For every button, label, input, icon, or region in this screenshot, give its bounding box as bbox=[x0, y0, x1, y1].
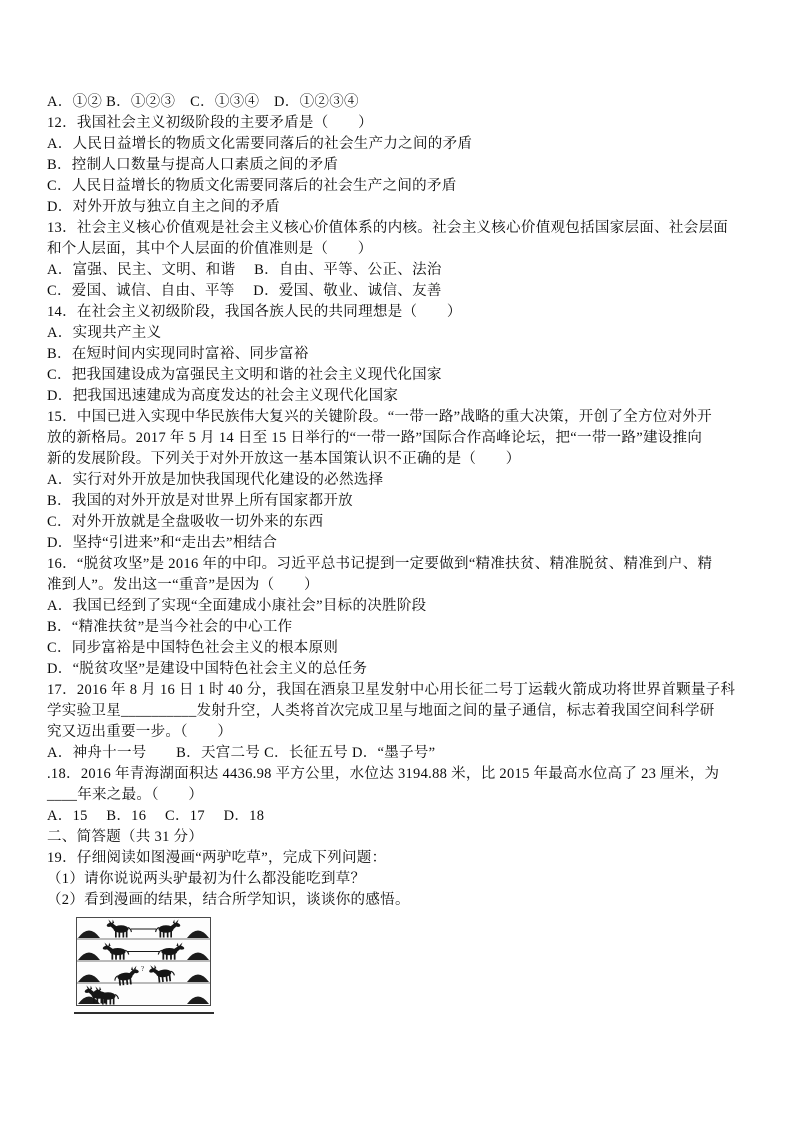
text-line: 究又迈出重要一步。（ ） bbox=[47, 722, 757, 743]
text-line: （1）请你说说两头驴最初为什么都没能吃到草？ bbox=[47, 869, 757, 890]
document-page: A．①② B．①②③ C．①③④ D．①②③④12．我国社会主义初级阶段的主要矛… bbox=[0, 0, 794, 1123]
text-line: 准到人”。发出这一“重音”是因为（ ） bbox=[47, 575, 757, 596]
text-line: A．我国已经到了实现“全面建成小康社会”目标的决胜阶段 bbox=[47, 596, 757, 617]
comic-panel-4 bbox=[78, 985, 209, 1004]
text-line: D．把我国迅速建成为高度发达的社会主义现代化国家 bbox=[47, 386, 757, 407]
text-line: 二、简答题（共 31 分） bbox=[47, 827, 757, 848]
text-line: 15．中国已进入实现中华民族伟大复兴的关键阶段。“一带一路”战略的重大决策，开创… bbox=[47, 407, 757, 428]
text-line: 新的发展阶段。下列关于对外开放这一基本国策认识不正确的是（ ） bbox=[47, 449, 757, 470]
text-line: 16．“脱贫攻坚”是 2016 年的中印。习近平总书记提到一定要做到“精准扶贫、… bbox=[47, 554, 757, 575]
text-line: A．15 B．16 C．17 D．18 bbox=[47, 806, 757, 827]
text-line: 放的新格局。2017 年 5 月 14 日至 15 日举行的“一带一路”国际合作… bbox=[47, 428, 757, 449]
text-line: .18．2016 年青海湖面积达 4436.98 平方公里，水位达 3194.8… bbox=[47, 764, 757, 785]
comic-panel-2 bbox=[78, 942, 209, 960]
text-line: （2）看到漫画的结果，结合所学知识，谈谈你的感悟。 bbox=[47, 890, 757, 911]
text-line: C．人民日益增长的物质文化需要同落后的社会生产之间的矛盾 bbox=[47, 176, 757, 197]
text-line: B．我国的对外开放是对世界上所有国家都开放 bbox=[47, 491, 757, 512]
text-line: A．人民日益增长的物质文化需要同落后的社会生产力之间的矛盾 bbox=[47, 134, 757, 155]
two-donkeys-comic-image: ? bbox=[76, 917, 211, 1006]
comic-panel-1 bbox=[78, 919, 209, 938]
text-line: C．对外开放就是全盘吸收一切外来的东西 bbox=[47, 512, 757, 533]
text-line: B．在短时间内实现同时富裕、同步富裕 bbox=[47, 344, 757, 365]
text-line: 12．我国社会主义初级阶段的主要矛盾是（ ） bbox=[47, 113, 757, 134]
text-line: D．“脱贫攻坚”是建设中国特色社会主义的总任务 bbox=[47, 659, 757, 680]
text-line: ____年来之最。（ ） bbox=[47, 785, 757, 806]
text-line: A．神舟十一号 B．天宫二号 C．长征五号 D．“墨子号” bbox=[47, 743, 757, 764]
text-line: 17．2016 年 8 月 16 日 1 时 40 分，我国在酒泉卫星发射中心用… bbox=[47, 680, 757, 701]
text-line: 学实验卫星__________发射升空，人类将首次完成卫星与地面之间的量子通信，… bbox=[47, 701, 757, 722]
comic-question-mark: ? bbox=[141, 965, 144, 973]
text-line: A．①② B．①②③ C．①③④ D．①②③④ bbox=[47, 92, 757, 113]
text-line: C．同步富裕是中国特色社会主义的根本原则 bbox=[47, 638, 757, 659]
text-line: A．实行对外开放是加快我国现代化建设的必然选择 bbox=[47, 470, 757, 491]
text-line: 19．仔细阅读如图漫画“两驴吃草”，完成下列问题： bbox=[47, 848, 757, 869]
text-line: A．实现共产主义 bbox=[47, 323, 757, 344]
comic-panel-3: ? bbox=[78, 963, 209, 986]
text-line: 14．在社会主义初级阶段，我国各族人民的共同理想是（ ） bbox=[47, 302, 757, 323]
exam-question-text-block: A．①② B．①②③ C．①③④ D．①②③④12．我国社会主义初级阶段的主要矛… bbox=[47, 92, 757, 911]
text-line: C．爱国、诚信、自由、平等 D．爱国、敬业、诚信、友善 bbox=[47, 281, 757, 302]
text-line: D．对外开放与独立自主之间的矛盾 bbox=[47, 197, 757, 218]
text-line: B．控制人口数量与提高人口素质之间的矛盾 bbox=[47, 155, 757, 176]
text-line: 和个人层面，其中个人层面的价值准则是（ ） bbox=[47, 239, 757, 260]
text-line: D．坚持“引进来”和“走出去”相结合 bbox=[47, 533, 757, 554]
text-line: A．富强、民主、文明、和谐 B．自由、平等、公正、法治 bbox=[47, 260, 757, 281]
text-line: B．“精准扶贫”是当今社会的中心工作 bbox=[47, 617, 757, 638]
text-line: C．把我国建设成为富强民主文明和谐的社会主义现代化国家 bbox=[47, 365, 757, 386]
text-line: 13．社会主义核心价值观是社会主义核心价值体系的内核。社会主义核心价值观包括国家… bbox=[47, 218, 757, 239]
two-donkeys-comic-figure: ? bbox=[74, 917, 214, 1014]
